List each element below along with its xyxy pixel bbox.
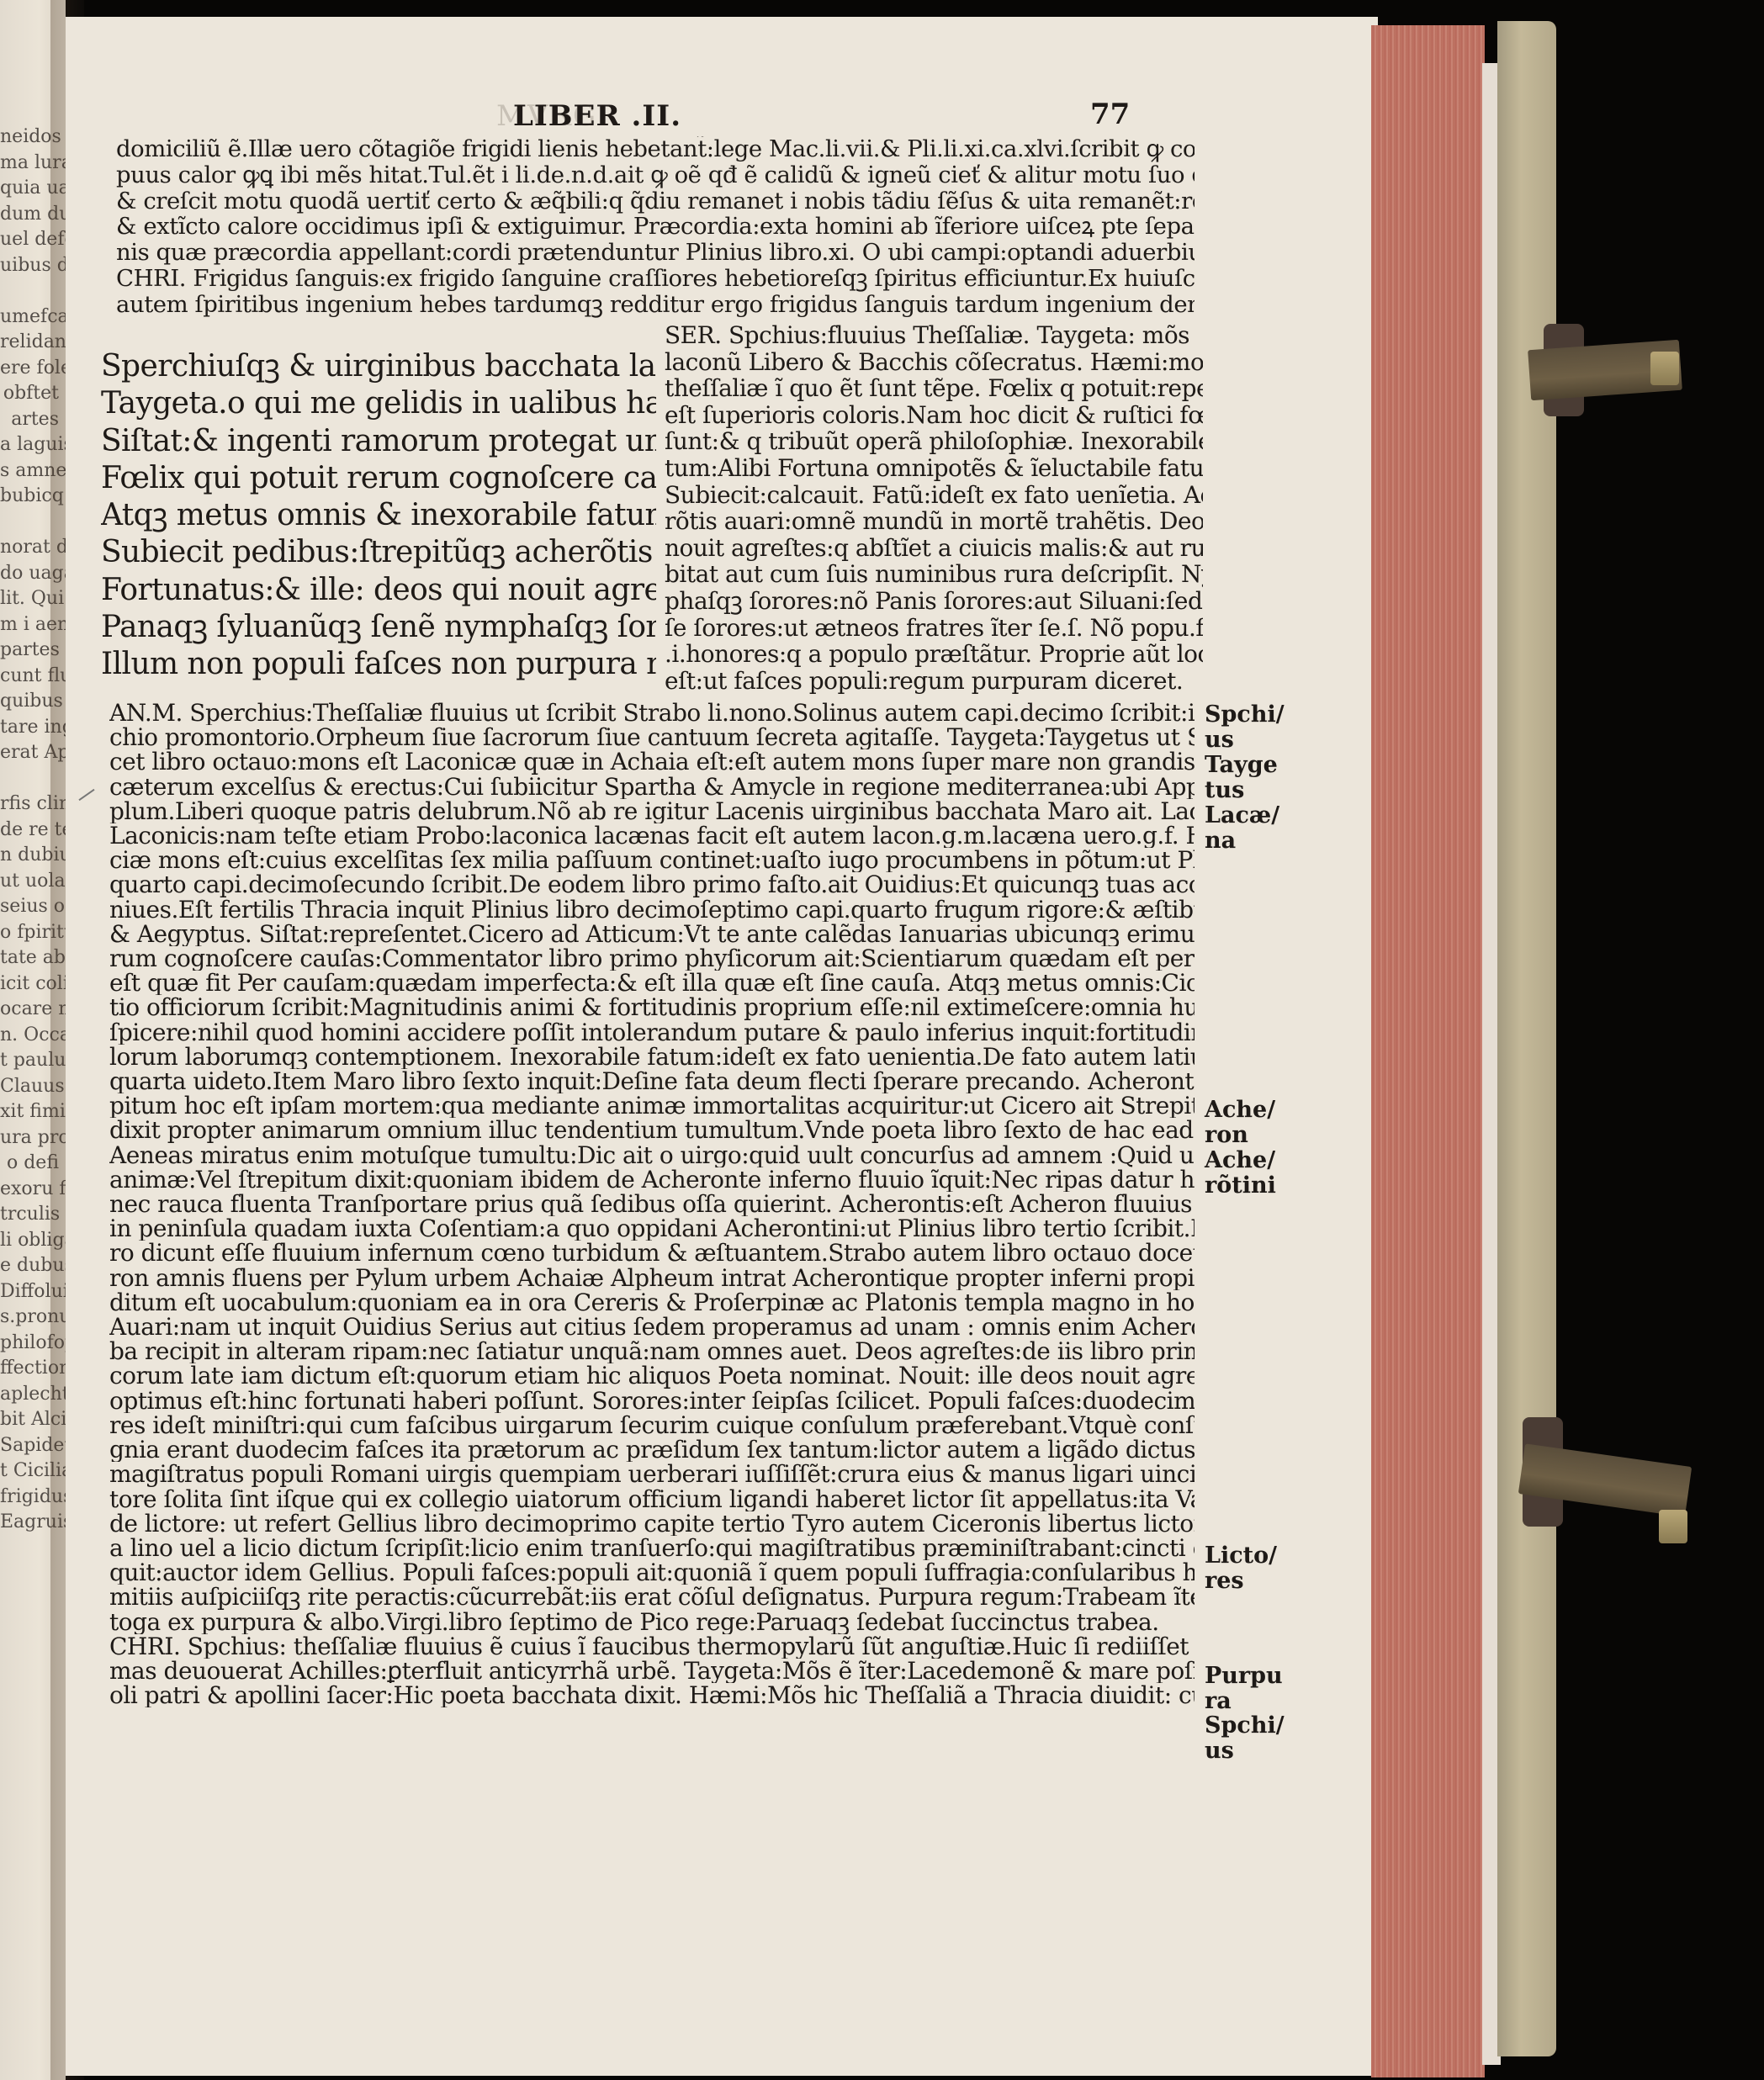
marginal-gloss: Taygetus xyxy=(1205,753,1280,803)
text-line: quarta uideto.Item Maro libro ſexto inqu… xyxy=(109,1069,1195,1093)
text-line: ba recipit in alteram ripam:nec ſatiatur… xyxy=(109,1339,1195,1363)
text-line: domiciliũ ẽ.Illæ uero cõtagiõe frigidi l… xyxy=(116,136,1195,162)
text-line: laconũ Libero & Bacchis cõſecratus. Hæmi… xyxy=(665,349,1203,376)
marginal-gloss: Licto/res xyxy=(1205,1543,1280,1594)
text-line: ſpicere:nihil quod homini accidere poſſi… xyxy=(109,1020,1195,1045)
gloss-line: tus xyxy=(1205,778,1280,803)
text-line: puus calor ꝙꝗ ibi mẽs hitat.Tul.ẽt i li.… xyxy=(116,162,1195,188)
text-line: gnia erant duodecim faſces ita prætorum … xyxy=(109,1437,1195,1462)
red-page-edges xyxy=(1371,25,1485,2077)
text-line: a lino uel a licio dictum ſcripſit:licio… xyxy=(109,1536,1195,1560)
text-line: cæterum excelſus & erectus:Cui ſubiicitu… xyxy=(109,775,1195,799)
text-line: & extĩcto calore occidimus ipſi & extigu… xyxy=(116,214,1195,240)
gloss-line: Lacæ/ xyxy=(1205,803,1280,828)
marginal-gloss: Ache/ron xyxy=(1205,1098,1280,1148)
text-line: & creſcit motu quodã uertiť certo & æq̃b… xyxy=(116,188,1195,214)
text-line: magiſtratus populi Romani uirgis quempia… xyxy=(109,1462,1195,1486)
gloss-line: rõtini xyxy=(1205,1173,1280,1199)
gloss-line: na xyxy=(1205,828,1280,854)
text-line: autem ſpiritibus ingenium hebes tardumqꝫ… xyxy=(116,292,1195,318)
main-commentary: AN.M. Sperchius:Theſſaliæ fluuius ut ſcr… xyxy=(109,701,1195,1707)
text-line: toga ex purpura & albo.Virgi.libro ſepti… xyxy=(109,1610,1195,1634)
marginal-gloss: Purpura xyxy=(1205,1664,1280,1714)
top-commentary: domiciliũ ẽ.Illæ uero cõtagiõe frigidi l… xyxy=(116,136,1195,318)
gloss-line: Ache/ xyxy=(1205,1148,1280,1173)
marginal-gloss: Ache/rõtini xyxy=(1205,1148,1280,1199)
text-line: Laconicis:nam teſte etiam Probo:laconica… xyxy=(109,823,1195,848)
text-line: eſt quæ fit Per cauſam:quædam imperfecta… xyxy=(109,971,1195,995)
text-line: eſt:ut faſces populi:regum purpuram dice… xyxy=(665,668,1203,695)
text-line: Panaqꝫ ſyluanũqꝫ ſenẽ nymphaſqꝫ ſorores. xyxy=(101,609,656,646)
text-line: nouit agreſtes:q abſtĩet a ciuicis malis… xyxy=(665,535,1203,562)
text-line: rum cognoſcere cauſas:Commentator libro … xyxy=(109,946,1195,971)
text-line: SER. Spchius:fluuius Theſſaliæ. Taygeta:… xyxy=(665,322,1203,349)
text-line: Atqꝫ metus omnis & inexorabile fatum xyxy=(101,497,656,534)
text-line: in peninſula quadam iuxta Coſentiam:a qu… xyxy=(109,1216,1195,1241)
text-line: mas deuouerat Achilles:ꝑterfluit anticyr… xyxy=(109,1659,1195,1683)
gloss-line: Spchi/ xyxy=(1205,702,1280,728)
gloss-line: Spchi/ xyxy=(1205,1713,1280,1739)
text-line: CHRI. Spchius: theſſaliæ fluuius ẽ cuius… xyxy=(109,1634,1195,1659)
text-line: Illum non populi faſces non purpura regu… xyxy=(101,646,656,683)
text-line: Taygeta.o qui me gelidis in ualibus hæmi xyxy=(101,385,656,422)
running-head: LIBER .II. xyxy=(513,99,681,133)
text-line: Subiecit:calcauit. Fatũ:ideſt ex fato ue… xyxy=(665,482,1203,509)
text-line: de lictore: ut refert Gellius libro deci… xyxy=(109,1511,1195,1536)
text-line: optimus eſt:hinc fortunati haberi poſſun… xyxy=(109,1389,1195,1413)
gloss-line: us xyxy=(1205,728,1280,753)
text-line: rõtis auari:omnẽ mundũ in mortẽ trahẽtis… xyxy=(665,508,1203,535)
text-line: ſe ſorores:ut ætneos fratres ĩter ſe.ſ. … xyxy=(665,615,1203,642)
text-line: .i.honores:q a populo præſtãtur. Proprie… xyxy=(665,641,1203,668)
gloss-line: Licto/ xyxy=(1205,1543,1280,1569)
text-line: CHRI. Frigidus ſanguis:ex frigido ſangui… xyxy=(116,266,1195,292)
text-line: ron amnis fluens per Pylum urbem Achaiæ … xyxy=(109,1266,1195,1290)
text-line: corum late iam dictum eſt:quorum etiam h… xyxy=(109,1363,1195,1388)
text-line: phaſqꝫ ſorores:nõ Panis ſorores:aut Silu… xyxy=(665,588,1203,615)
text-line: theſſaliæ ĩ quo ẽt ſunt tẽpe. Fœlix q po… xyxy=(665,375,1203,402)
marginal-gloss: Spchi/us xyxy=(1205,1713,1280,1764)
text-line: Subiecit pedibus:ſtrepitũqꝫ acherõtis au… xyxy=(101,534,656,571)
text-line: Fœlix qui potuit rerum cognoſcere cauſas… xyxy=(101,460,656,497)
marginal-gloss: Lacæ/na xyxy=(1205,803,1280,854)
text-line: ſunt:& q tribuũt operã philoſophiæ. Inex… xyxy=(665,428,1203,455)
text-line: res ideſt miniſtri:qui cum faſcibus uirg… xyxy=(109,1413,1195,1437)
gloss-line: Tayge xyxy=(1205,753,1280,778)
text-line: nis quæ præcordia appellant:cordi præten… xyxy=(116,240,1195,266)
text-line: Siſtat:& ingenti ramorum protegat umbra. xyxy=(101,423,656,460)
folio-number: 77 xyxy=(1090,98,1130,131)
text-line: oli patri & apollini ſacer:Hic poeta bac… xyxy=(109,1683,1195,1707)
text-line: ditum eſt uocabulum:quoniam ea in ora Ce… xyxy=(109,1290,1195,1315)
text-line: & Aegyptus. Siſtat:repreſentet.Cicero ad… xyxy=(109,922,1195,946)
gloss-line: us xyxy=(1205,1739,1280,1764)
text-line: pitum hoc eſt ipſam mortem:qua mediante … xyxy=(109,1093,1195,1118)
text-line: ciæ mons eſt:cuius excelſitas ſex milia … xyxy=(109,848,1195,872)
gloss-line: ra xyxy=(1205,1689,1280,1714)
text-line: chio promontorio.Orpheum ſiue ſacrorum ſ… xyxy=(109,725,1195,749)
text-line: cet libro octauo:mons eſt Laconicæ quæ i… xyxy=(109,749,1195,774)
gloss-line: ron xyxy=(1205,1123,1280,1148)
servius-commentary: SER. Spchius:fluuius Theſſaliæ. Taygeta:… xyxy=(665,322,1203,694)
text-line: bitat aut cum ſuis numinibus rura deſcri… xyxy=(665,561,1203,588)
marginal-gloss: Spchi/us xyxy=(1205,702,1280,753)
text-line: tum:Alibi Fortuna omnipotẽs & ĩeluctabil… xyxy=(665,455,1203,482)
text-line: dixit propter animarum omnium illuc tend… xyxy=(109,1118,1195,1142)
text-line: quit:auctor idem Gellius. Populi faſces:… xyxy=(109,1560,1195,1585)
text-line: eſt ſuperioris coloris.Nam hoc dicit & r… xyxy=(665,402,1203,429)
text-line: quarto capi.decimoſecundo ſcribit.De eod… xyxy=(109,872,1195,897)
text-line: ro dicunt eſſe fluuium infernum cœno tur… xyxy=(109,1241,1195,1265)
text-line: Auari:nam ut inquit Ouidius Serius aut c… xyxy=(109,1315,1195,1339)
text-line: niues.Eſt fertilis Thracia inquit Pliniu… xyxy=(109,897,1195,922)
gloss-line: res xyxy=(1205,1569,1280,1594)
gloss-line: Purpu xyxy=(1205,1664,1280,1689)
clasp-brass-tip-lower xyxy=(1659,1510,1687,1543)
text-line: tore ſolita ſint iſque qui ex collegio u… xyxy=(109,1487,1195,1511)
text-line: AN.M. Sperchius:Theſſaliæ fluuius ut ſcr… xyxy=(109,701,1195,725)
text-line: Sperchiuſqꝫ & uirginibus bacchata laceni… xyxy=(101,348,656,385)
text-line: Fortunatus:& ille: deos qui nouit agreſt… xyxy=(101,572,656,609)
verse-text: Sperchiuſqꝫ & uirginibus bacchata laceni… xyxy=(101,348,656,684)
text-line: mitiis auſpiciiſqꝫ rite peractis:cũcurre… xyxy=(109,1585,1195,1609)
text-line: tio officiorum ſcribit:Magnitudinis anim… xyxy=(109,995,1195,1019)
text-line: nec rauca fluenta Tranſportare prius quã… xyxy=(109,1192,1195,1216)
text-line: plum.Liberi quoque patris delubrum.Nõ ab… xyxy=(109,799,1195,823)
text-line: lorum laborumqꝫ contemptionem. Inexorabi… xyxy=(109,1045,1195,1069)
text-line: Aeneas miratus enim motuſque tumultu:Dic… xyxy=(109,1143,1195,1167)
clasp-brass-tip-upper xyxy=(1650,352,1679,385)
text-line: animæ:Vel ſtrepitum dixit:quoniam ibidem… xyxy=(109,1167,1195,1192)
gloss-line: Ache/ xyxy=(1205,1098,1280,1123)
